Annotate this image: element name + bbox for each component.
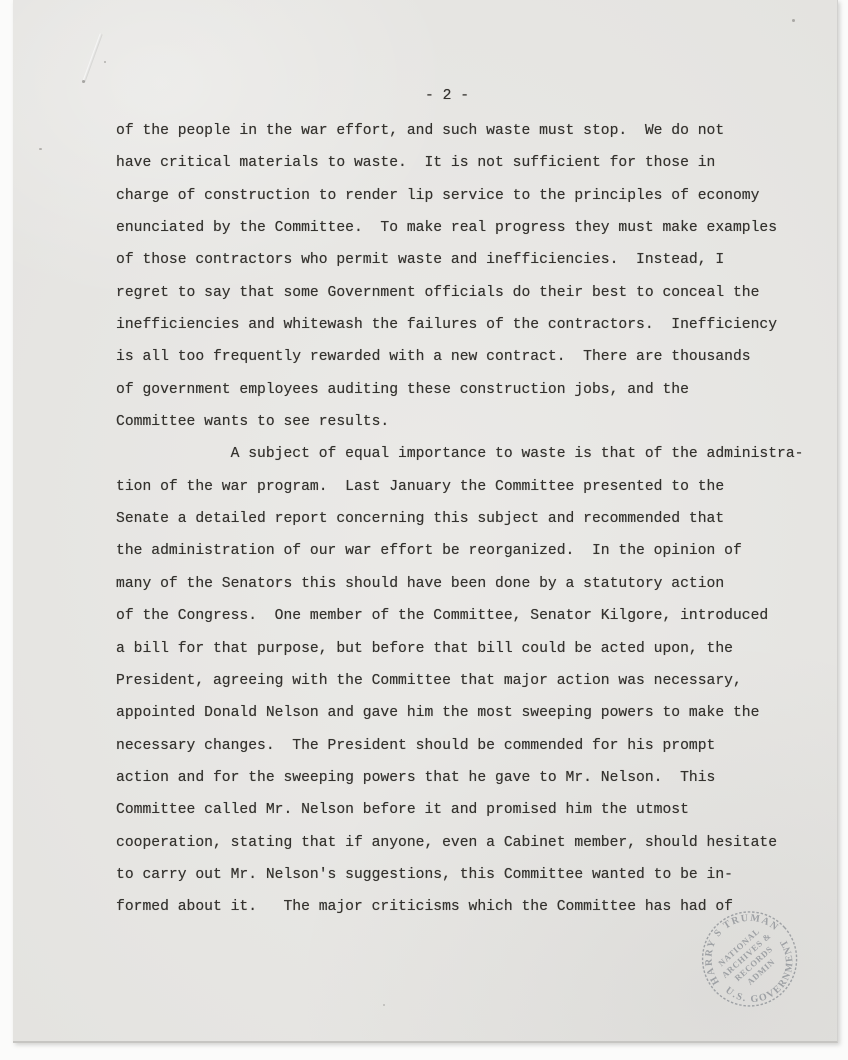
text-line: the administration of our war effort be … (116, 535, 816, 567)
text-line: necessary changes. The President should … (116, 730, 816, 762)
text-line: tion of the war program. Last January th… (116, 471, 816, 503)
text-line: appointed Donald Nelson and gave him the… (116, 697, 816, 729)
paper-speck (82, 80, 85, 83)
paper-speck (39, 148, 42, 150)
text-line: inefficiencies and whitewash the failure… (116, 309, 816, 341)
text-line: Committee called Mr. Nelson before it an… (116, 794, 816, 826)
text-line: action and for the sweeping powers that … (116, 762, 816, 794)
scan-background: - 2 - of the people in the war effort, a… (0, 0, 848, 1060)
text-line: have critical materials to waste. It is … (116, 147, 816, 179)
text-line: of the Congress. One member of the Commi… (116, 600, 816, 632)
text-line: enunciated by the Committee. To make rea… (116, 212, 816, 244)
text-line: of the people in the war effort, and suc… (116, 115, 816, 147)
paper-speck (383, 1004, 385, 1006)
text-line: Committee wants to see results. (116, 406, 816, 438)
paper-speck (792, 19, 795, 22)
page-number: - 2 - (116, 88, 778, 104)
paper-speck (104, 61, 106, 63)
text-line: cooperation, stating that if anyone, eve… (116, 827, 816, 859)
text-line: of government employees auditing these c… (116, 374, 816, 406)
text-line: is all too frequently rewarded with a ne… (116, 341, 816, 373)
text-line: regret to say that some Government offic… (116, 277, 816, 309)
text-line: a bill for that purpose, but before that… (116, 633, 816, 665)
document-body: of the people in the war effort, and suc… (116, 115, 816, 924)
text-line: to carry out Mr. Nelson's suggestions, t… (116, 859, 816, 891)
text-line: President, agreeing with the Committee t… (116, 665, 816, 697)
text-line: of those contractors who permit waste an… (116, 244, 816, 276)
text-line: charge of construction to render lip ser… (116, 180, 816, 212)
text-line: many of the Senators this should have be… (116, 568, 816, 600)
text-line: A subject of equal importance to waste i… (116, 438, 816, 470)
document-page: - 2 - of the people in the war effort, a… (13, 0, 838, 1043)
text-line: Senate a detailed report concerning this… (116, 503, 816, 535)
paper-crease-mark (82, 33, 103, 83)
